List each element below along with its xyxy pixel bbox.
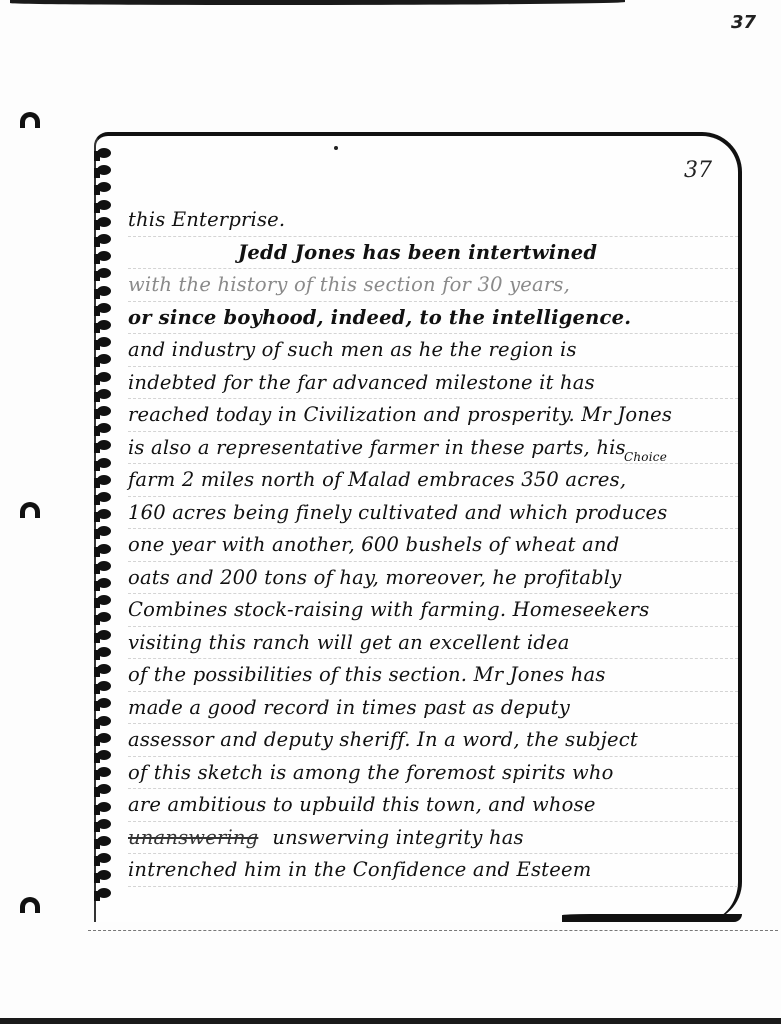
spiral-loop (97, 870, 111, 880)
spiral-loop (97, 372, 111, 382)
line-text: of this sketch is among the foremost spi… (128, 761, 614, 784)
spiral-loop (97, 200, 111, 210)
line-text: visiting this ranch will get an excellen… (128, 631, 570, 654)
spiral-loop (97, 475, 111, 485)
spiral-loop (97, 767, 111, 777)
line-text: of the possibilities of this section. Mr… (128, 663, 606, 686)
line-text: made a good record in times past as depu… (128, 696, 570, 719)
spiral-loop (97, 458, 111, 468)
spiral-loop (97, 492, 111, 502)
scan-top-edge (10, 0, 625, 5)
outer-page-number: 37 (731, 12, 756, 33)
text-line: with the history of this section for 30 … (128, 269, 738, 302)
spiral-loop (97, 561, 111, 571)
spiral-loop (97, 888, 111, 898)
ink-dot (334, 146, 338, 150)
spiral-loop (97, 802, 111, 812)
spiral-loop (97, 595, 111, 605)
spiral-loop (97, 509, 111, 519)
text-line: are ambitious to upbuild this town, and … (128, 789, 738, 822)
spiral-loop (97, 406, 111, 416)
spiral-loop (97, 148, 111, 158)
line-text: reached today in Civilization and prospe… (128, 403, 672, 426)
text-line: indebted for the far advanced milestone … (128, 367, 738, 400)
spiral-loop (97, 664, 111, 674)
text-line: intrenched him in the Confidence and Est… (128, 854, 738, 887)
spiral-loop (97, 337, 111, 347)
text-line: farm 2 miles north of Malad embraces 350… (128, 464, 738, 497)
line-text: and industry of such men as he the regio… (128, 338, 577, 361)
spiral-loop (97, 251, 111, 261)
spiral-loop (97, 165, 111, 175)
text-line: made a good record in times past as depu… (128, 692, 738, 725)
binder-hole (20, 502, 40, 518)
inner-page-number: 37 (684, 158, 712, 183)
text-line: and industry of such men as he the regio… (128, 334, 738, 367)
spiral-loop (97, 630, 111, 640)
text-line: oats and 200 tons of hay, moreover, he p… (128, 562, 738, 595)
line-text: Jedd Jones has been intertwined (238, 241, 597, 264)
handwritten-text: this Enterprise.Jedd Jones has been inte… (128, 204, 738, 887)
text-line: of the possibilities of this section. Mr… (128, 659, 738, 692)
line-text: indebted for the far advanced milestone … (128, 371, 595, 394)
text-line: reached today in Civilization and prospe… (128, 399, 738, 432)
spiral-loop (97, 303, 111, 313)
spiral-loop (97, 234, 111, 244)
text-line: this Enterprise. (128, 204, 738, 237)
spiral-loop (97, 389, 111, 399)
line-text: oats and 200 tons of hay, moreover, he p… (128, 566, 621, 589)
spiral-loop (97, 681, 111, 691)
spiral-loop (97, 578, 111, 588)
text-line: of this sketch is among the foremost spi… (128, 757, 738, 790)
text-line: or since boyhood, indeed, to the intelli… (128, 302, 738, 335)
spiral-loop (97, 647, 111, 657)
text-line: one year with another, 600 bushels of wh… (128, 529, 738, 562)
struck-out-word: unanswering (128, 826, 258, 849)
text-line: unansweringunswerving integrity has (128, 822, 738, 855)
spiral-loop (97, 733, 111, 743)
spiral-loop (97, 544, 111, 554)
line-text: or since boyhood, indeed, to the intelli… (128, 306, 631, 329)
text-line: Jedd Jones has been intertwined (128, 237, 738, 270)
spiral-loop (97, 716, 111, 726)
line-text: one year with another, 600 bushels of wh… (128, 533, 619, 556)
binder-hole (20, 897, 40, 913)
spiral-loop (97, 440, 111, 450)
spiral-loop (97, 784, 111, 794)
spiral-loop (97, 750, 111, 760)
line-text: assessor and deputy sheriff. In a word, … (128, 728, 638, 751)
inserted-word: Choice (624, 450, 667, 464)
spiral-loop (97, 182, 111, 192)
text-line: Combines stock-raising with farming. Hom… (128, 594, 738, 627)
line-text: are ambitious to upbuild this town, and … (128, 793, 596, 816)
spiral-loop (97, 819, 111, 829)
text-line: assessor and deputy sheriff. In a word, … (128, 724, 738, 757)
binder-hole (20, 112, 40, 128)
spiral-loop (97, 320, 111, 330)
spiral-loop (97, 354, 111, 364)
line-text: unswerving integrity has (272, 826, 523, 849)
spiral-loop (97, 526, 111, 536)
text-line: 160 acres being finely cultivated and wh… (128, 497, 738, 530)
spiral-loop (97, 853, 111, 863)
line-text: Combines stock-raising with farming. Hom… (128, 598, 649, 621)
page-outline (88, 930, 778, 933)
spiral-loop (97, 268, 111, 278)
spiral-loop (97, 217, 111, 227)
line-text: 160 acres being finely cultivated and wh… (128, 501, 668, 524)
line-text: is also a representative farmer in these… (128, 436, 626, 459)
line-text: with the history of this section for 30 … (128, 273, 570, 296)
spiral-loop (97, 836, 111, 846)
spiral-loop (97, 286, 111, 296)
spiral-binding (97, 148, 121, 908)
line-text: this Enterprise. (128, 208, 285, 231)
line-text: intrenched him in the Confidence and Est… (128, 858, 591, 881)
scan-bottom-edge (0, 1018, 781, 1024)
spiral-loop (97, 423, 111, 433)
spiral-loop (97, 698, 111, 708)
line-text: farm 2 miles north of Malad embraces 350… (128, 468, 626, 491)
spiral-loop (97, 612, 111, 622)
text-line: visiting this ranch will get an excellen… (128, 627, 738, 660)
